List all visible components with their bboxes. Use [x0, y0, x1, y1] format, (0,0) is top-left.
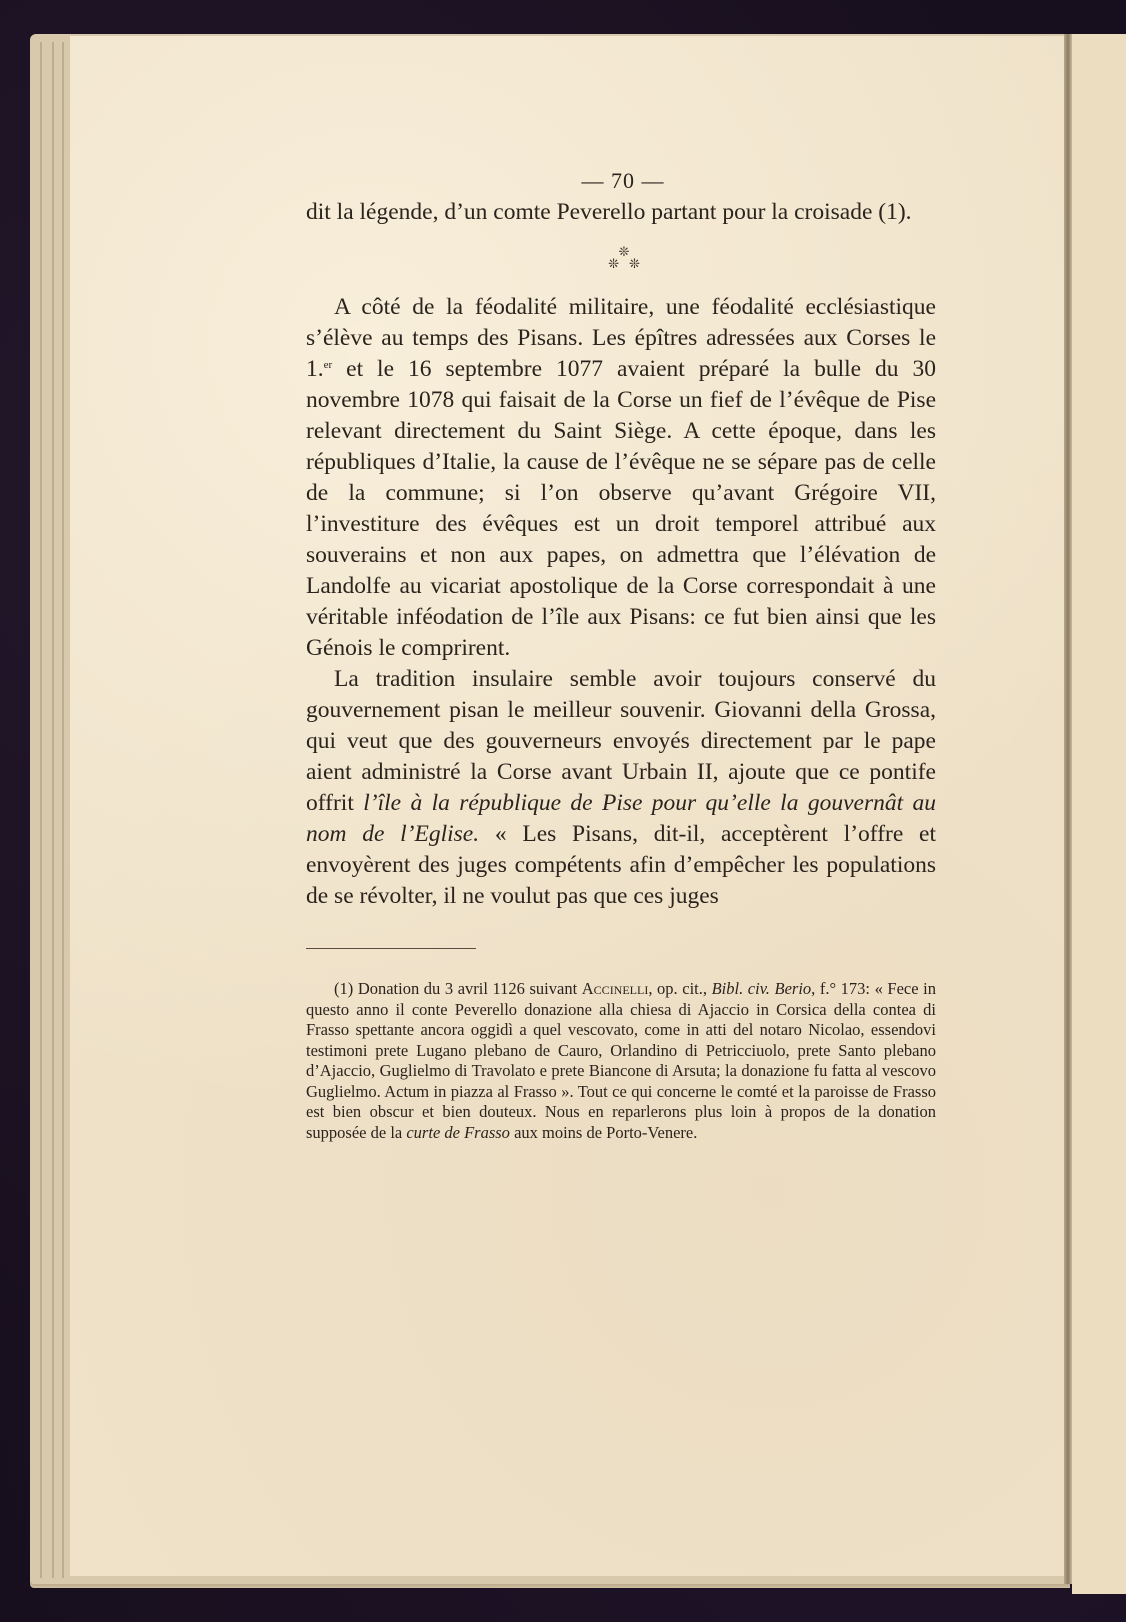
footnote-author: Accinelli — [582, 979, 649, 998]
paragraph-insular-tradition: La tradition insulaire semble avoir touj… — [306, 664, 936, 912]
page-edge — [40, 42, 42, 1578]
asterism-star-top: ❊ — [312, 246, 936, 258]
paragraph-ecclesiastical-feudalism: A côté de la féodalité militaire, une fé… — [306, 292, 936, 664]
superscript-er: er — [324, 359, 333, 371]
footnote-curte: curte de Frasso — [406, 1123, 510, 1142]
asterism-star-row: ❊❊ — [312, 258, 936, 270]
body-text: dit la légende, d’un comte Peverello par… — [306, 197, 936, 912]
page-edge — [62, 42, 64, 1578]
page-edge — [52, 42, 54, 1578]
footnote-source: Bibl. civ. Berio — [712, 979, 812, 998]
facing-page — [1072, 34, 1126, 1594]
page-content: — 70 — dit la légende, d’un comte Pevere… — [306, 165, 936, 1143]
asterism-divider: ❊ ❊❊ — [306, 246, 936, 270]
page-number: — 70 — — [306, 165, 936, 197]
book-gutter — [1064, 34, 1072, 1584]
paragraph-continuation: dit la légende, d’un comte Peverello par… — [306, 197, 936, 228]
footnote-1: (1) Donation du 3 avril 1126 suivant Acc… — [306, 979, 936, 1143]
footnote-rule — [306, 948, 476, 949]
